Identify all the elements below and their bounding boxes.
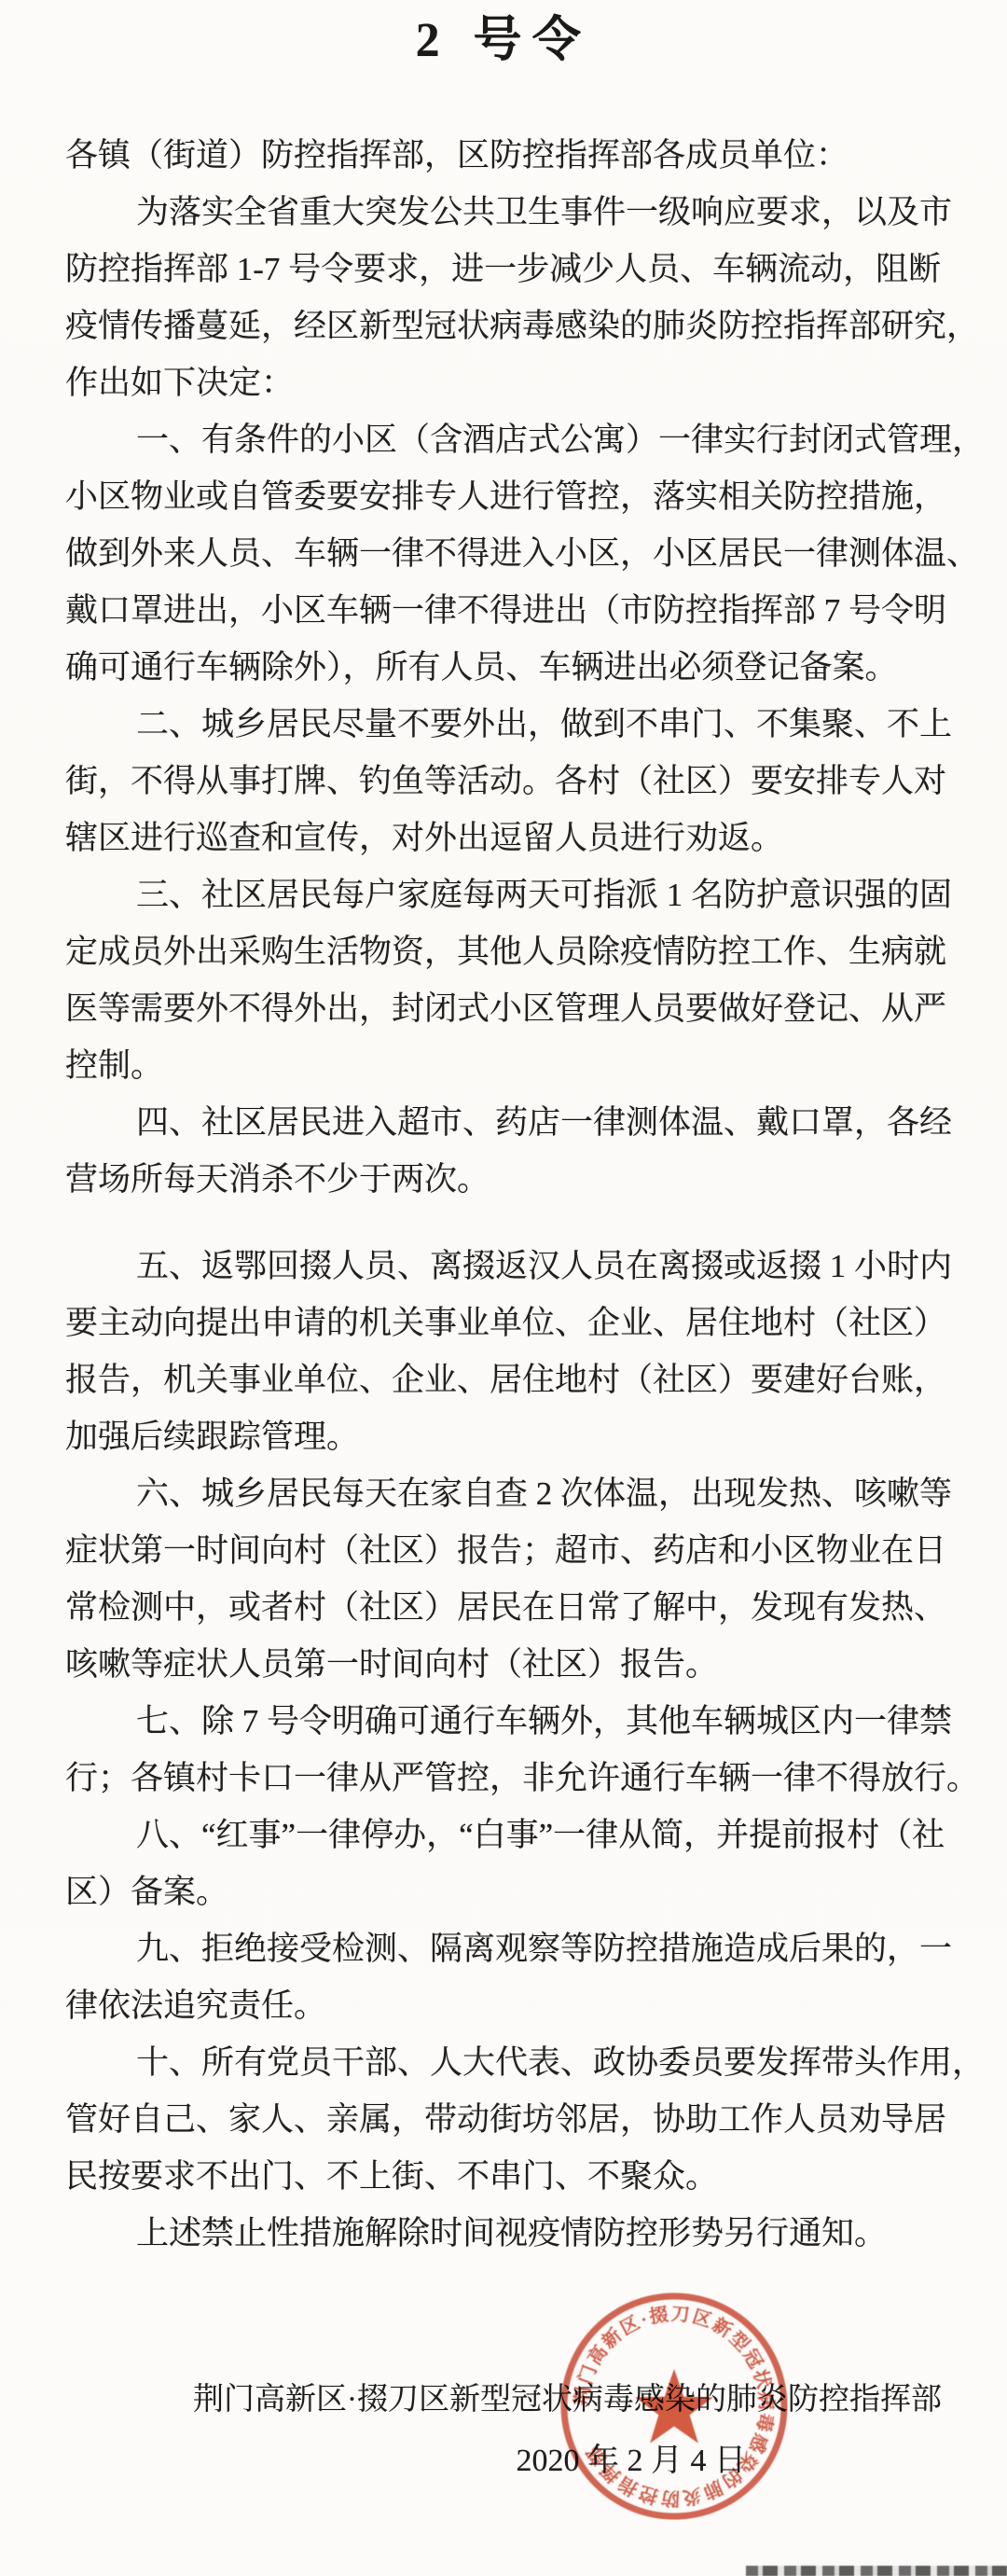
document-line: 十、所有党员干部、人大代表、政协委员要发挥带头作用， bbox=[65, 2034, 942, 2091]
document-line: 咳嗽等症状人员第一时间向村（社区）报告。 bbox=[65, 1636, 942, 1693]
document-line: 辖区进行巡查和宣传，对外出逗留人员进行劝返。 bbox=[65, 810, 942, 866]
scanned-document-page: 2 号令 各镇（街道）防控指挥部，区防控指挥部各成员单位：为落实全省重大突发公共… bbox=[0, 0, 1007, 2576]
document-line: 九、拒绝接受检测、隔离观察等防控措施造成后果的，一 bbox=[65, 1920, 942, 1977]
document-title: 2 号令 bbox=[65, 13, 942, 69]
document-line: 行；各镇村卡口一律从严管控，非允许通行车辆一律不得放行。 bbox=[65, 1750, 942, 1807]
document-line: 确可通行车辆除外），所有人员、车辆进出必须登记备案。 bbox=[65, 639, 942, 696]
document-line: 为落实全省重大突发公共卫生事件一级响应要求，以及市 bbox=[65, 184, 942, 241]
document-line: 二、城乡居民尽量不要外出，做到不串门、不集聚、不上 bbox=[65, 696, 942, 753]
document-line: 一、有条件的小区（含酒店式公寓）一律实行封闭式管理， bbox=[65, 411, 942, 468]
signature-line: 荆门高新区·掇刀区新型冠状病毒感染的肺炎防控指挥部 bbox=[65, 2372, 942, 2429]
document-line: 民按要求不出门、不上街、不串门、不聚众。 bbox=[65, 2148, 942, 2205]
document-line: 律依法追究责任。 bbox=[65, 1977, 942, 2034]
document-line: 营场所每天消杀不少于两次。 bbox=[65, 1151, 942, 1208]
document-line: 定成员外出采购生活物资，其他人员除疫情防控工作、生病就 bbox=[65, 923, 942, 980]
document-line: 五、返鄂回掇人员、离掇返汉人员在离掇或返掇 1 小时内 bbox=[65, 1238, 942, 1295]
document-line: 四、社区居民进入超市、药店一律测体温、戴口罩，各经 bbox=[65, 1094, 942, 1151]
document-line: 街，不得从事打牌、钓鱼等活动。各村（社区）要安排专人对 bbox=[65, 753, 942, 810]
document-line: 区）备案。 bbox=[65, 1863, 942, 1920]
document-date: 2020 年 2 月 4 日 bbox=[65, 2432, 942, 2489]
document-line: 三、社区居民每户家庭每两天可指派 1 名防护意识强的固 bbox=[65, 866, 942, 923]
document-line: 六、城乡居民每天在家自查 2 次体温，出现发热、咳嗽等 bbox=[65, 1465, 942, 1522]
document-line: 疫情传播蔓延，经区新型冠状病毒感染的肺炎防控指挥部研究， bbox=[65, 298, 942, 354]
document-line: 小区物业或自管委要安排专人进行管控，落实相关防控措施， bbox=[65, 468, 942, 525]
document-line: 症状第一时间向村（社区）报告；超市、药店和小区物业在日 bbox=[65, 1522, 942, 1579]
bottom-edge-artifact bbox=[746, 2566, 1007, 2576]
document-line: 各镇（街道）防控指挥部，区防控指挥部各成员单位： bbox=[65, 127, 942, 184]
document-line: 控制。 bbox=[65, 1037, 942, 1094]
document-body: 各镇（街道）防控指挥部，区防控指挥部各成员单位：为落实全省重大突发公共卫生事件一… bbox=[65, 127, 942, 2262]
document-line: 七、除 7 号令明确可通行车辆外，其他车辆城区内一律禁 bbox=[65, 1693, 942, 1750]
document-line: 常检测中，或者村（社区）居民在日常了解中，发现有发热、 bbox=[65, 1579, 942, 1636]
document-line: 防控指挥部 1-7 号令要求，进一步减少人员、车辆流动，阻断 bbox=[65, 241, 942, 298]
document-line: 报告，机关事业单位、企业、居住地村（社区）要建好台账， bbox=[65, 1351, 942, 1408]
document-line: 要主动向提出申请的机关事业单位、企业、居住地村（社区） bbox=[65, 1295, 942, 1351]
star-icon bbox=[635, 2369, 713, 2444]
document-line: 医等需要外不得外出，封闭式小区管理人员要做好登记、从严 bbox=[65, 980, 942, 1037]
document-line: 上述禁止性措施解除时间视疫情防控形势另行通知。 bbox=[65, 2205, 942, 2262]
document-line: 作出如下决定： bbox=[65, 354, 942, 411]
document-line: 做到外来人员、车辆一律不得进入小区，小区居民一律测体温、 bbox=[65, 525, 942, 582]
document-line: 管好自己、家人、亲属，带动街坊邻居，协助工作人员劝导居 bbox=[65, 2091, 942, 2148]
official-seal: 荆门高新区·掇刀区新型冠状病毒感染的肺炎防控指挥部 bbox=[553, 2285, 795, 2528]
document-line: 加强后续跟踪管理。 bbox=[65, 1408, 942, 1465]
document-line: 八、“红事”一律停办，“白事”一律从简，并提前报村（社 bbox=[65, 1807, 942, 1863]
document-line: 戴口罩进出，小区车辆一律不得进出（市防控指挥部 7 号令明 bbox=[65, 582, 942, 639]
